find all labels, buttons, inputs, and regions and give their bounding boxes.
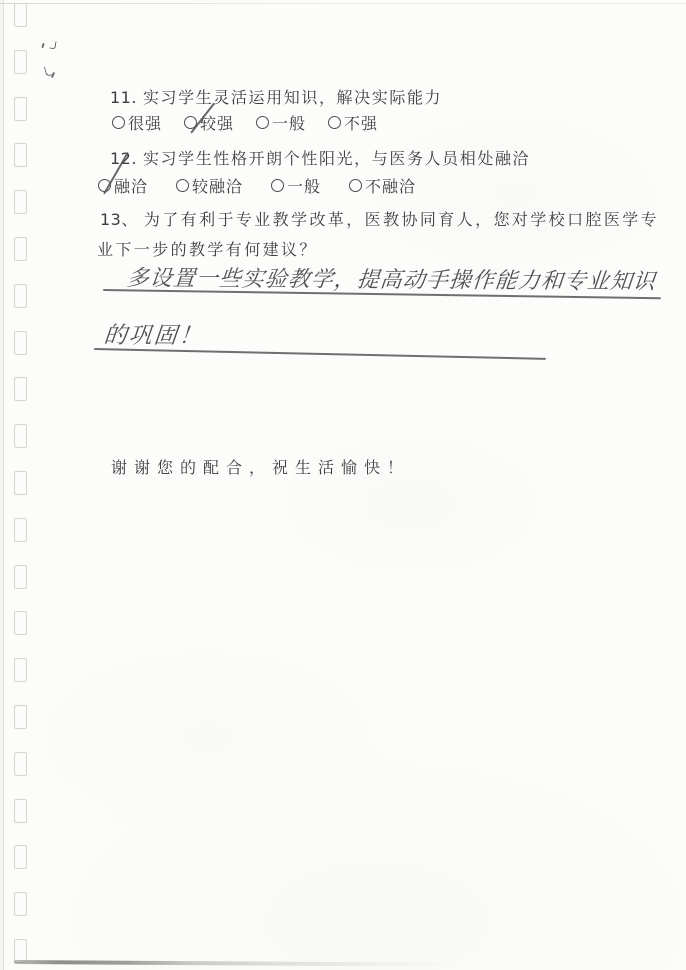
- binding-hole: [14, 705, 27, 729]
- question-11-options: 很强 较强 一般 不强: [112, 111, 378, 134]
- question-12-text: 12.实习学生性格开朗个性阳光，与医务人员相处融洽: [110, 146, 530, 169]
- question-12-title: 实习学生性格开朗个性阳光，与医务人员相处融洽: [143, 149, 530, 168]
- option-label: 不强: [344, 111, 378, 134]
- binding-hole: [14, 237, 27, 261]
- question-13-number: 13、: [100, 210, 138, 229]
- binding-hole: [14, 658, 27, 682]
- question-13-text-line2: 业下一步的教学有何建议？: [97, 237, 318, 260]
- question-11-text: 11.实习学生灵活运用知识，解决实际能力: [110, 85, 442, 108]
- scanned-questionnaire-page: 11.实习学生灵活运用知识，解决实际能力 很强 较强 一般 不强 12.实习学生…: [0, 0, 686, 970]
- option-henqiang: 很强: [112, 111, 162, 134]
- binding-hole: [14, 331, 27, 355]
- question-11-title: 实习学生灵活运用知识，解决实际能力: [143, 88, 442, 107]
- binding-hole: [14, 518, 27, 542]
- binding-hole: [14, 892, 27, 916]
- closing-thanks-text: 谢谢您的配合，祝生活愉快！: [111, 455, 410, 478]
- option-yiban: 一般: [271, 174, 321, 197]
- pen-mark: [41, 43, 44, 48]
- binding-hole: [14, 424, 27, 448]
- radio-circle-icon: [256, 116, 269, 129]
- question-13-title-part1: 为了有利于专业教学改革，医教协同育人，您对学校口腔医学专: [144, 210, 659, 229]
- option-label: 一般: [287, 174, 321, 197]
- binding-hole: [14, 611, 27, 635]
- option-label: 一般: [272, 111, 306, 134]
- answer-underline-2: [94, 348, 546, 359]
- radio-circle-icon: [271, 179, 284, 192]
- option-yiban: 一般: [256, 111, 306, 134]
- question-13-text-line1: 13、为了有利于专业教学改革，医教协同育人，您对学校口腔医学专: [100, 207, 659, 230]
- binding-hole: [14, 377, 27, 401]
- scan-smudge-line: [14, 960, 454, 967]
- radio-circle-icon: [112, 116, 125, 129]
- option-jiaorongqia: 较融洽: [176, 174, 243, 197]
- binding-hole: [14, 3, 27, 27]
- binding-hole: [14, 752, 27, 776]
- binding-hole: [14, 799, 27, 823]
- binding-hole: [14, 50, 27, 74]
- handwritten-answer-line2: 的巩固！: [102, 317, 205, 351]
- binding-hole: [14, 284, 27, 308]
- page-top-edge-line: [0, 3, 686, 4]
- option-buqiang: 不强: [328, 111, 378, 134]
- question-12-options: 融洽 较融洽 一般 不融洽: [98, 174, 416, 197]
- binding-hole: [14, 471, 27, 495]
- binding-hole: [14, 97, 27, 121]
- radio-circle-icon: [328, 116, 341, 129]
- binding-hole: [14, 190, 27, 214]
- pen-mark: [51, 72, 55, 78]
- page-left-edge-line: [3, 0, 4, 970]
- option-rongqia-checked: 融洽: [98, 174, 148, 197]
- option-label: 不融洽: [365, 174, 416, 197]
- option-label: 较融洽: [192, 174, 243, 197]
- question-13-title-part2: 业下一步的教学有何建议？: [97, 240, 318, 259]
- option-label: 很强: [128, 111, 162, 134]
- binding-hole: [14, 143, 27, 167]
- option-label: 融洽: [114, 174, 148, 197]
- binding-hole: [14, 565, 27, 589]
- option-burongqia: 不融洽: [349, 174, 416, 197]
- binding-hole: [14, 845, 27, 869]
- question-11-number: 11.: [110, 88, 137, 107]
- radio-circle-icon: [349, 179, 362, 192]
- option-jiaoqiang-checked: 较强: [184, 111, 234, 134]
- radio-circle-icon: [176, 179, 189, 192]
- pen-mark: [49, 41, 56, 50]
